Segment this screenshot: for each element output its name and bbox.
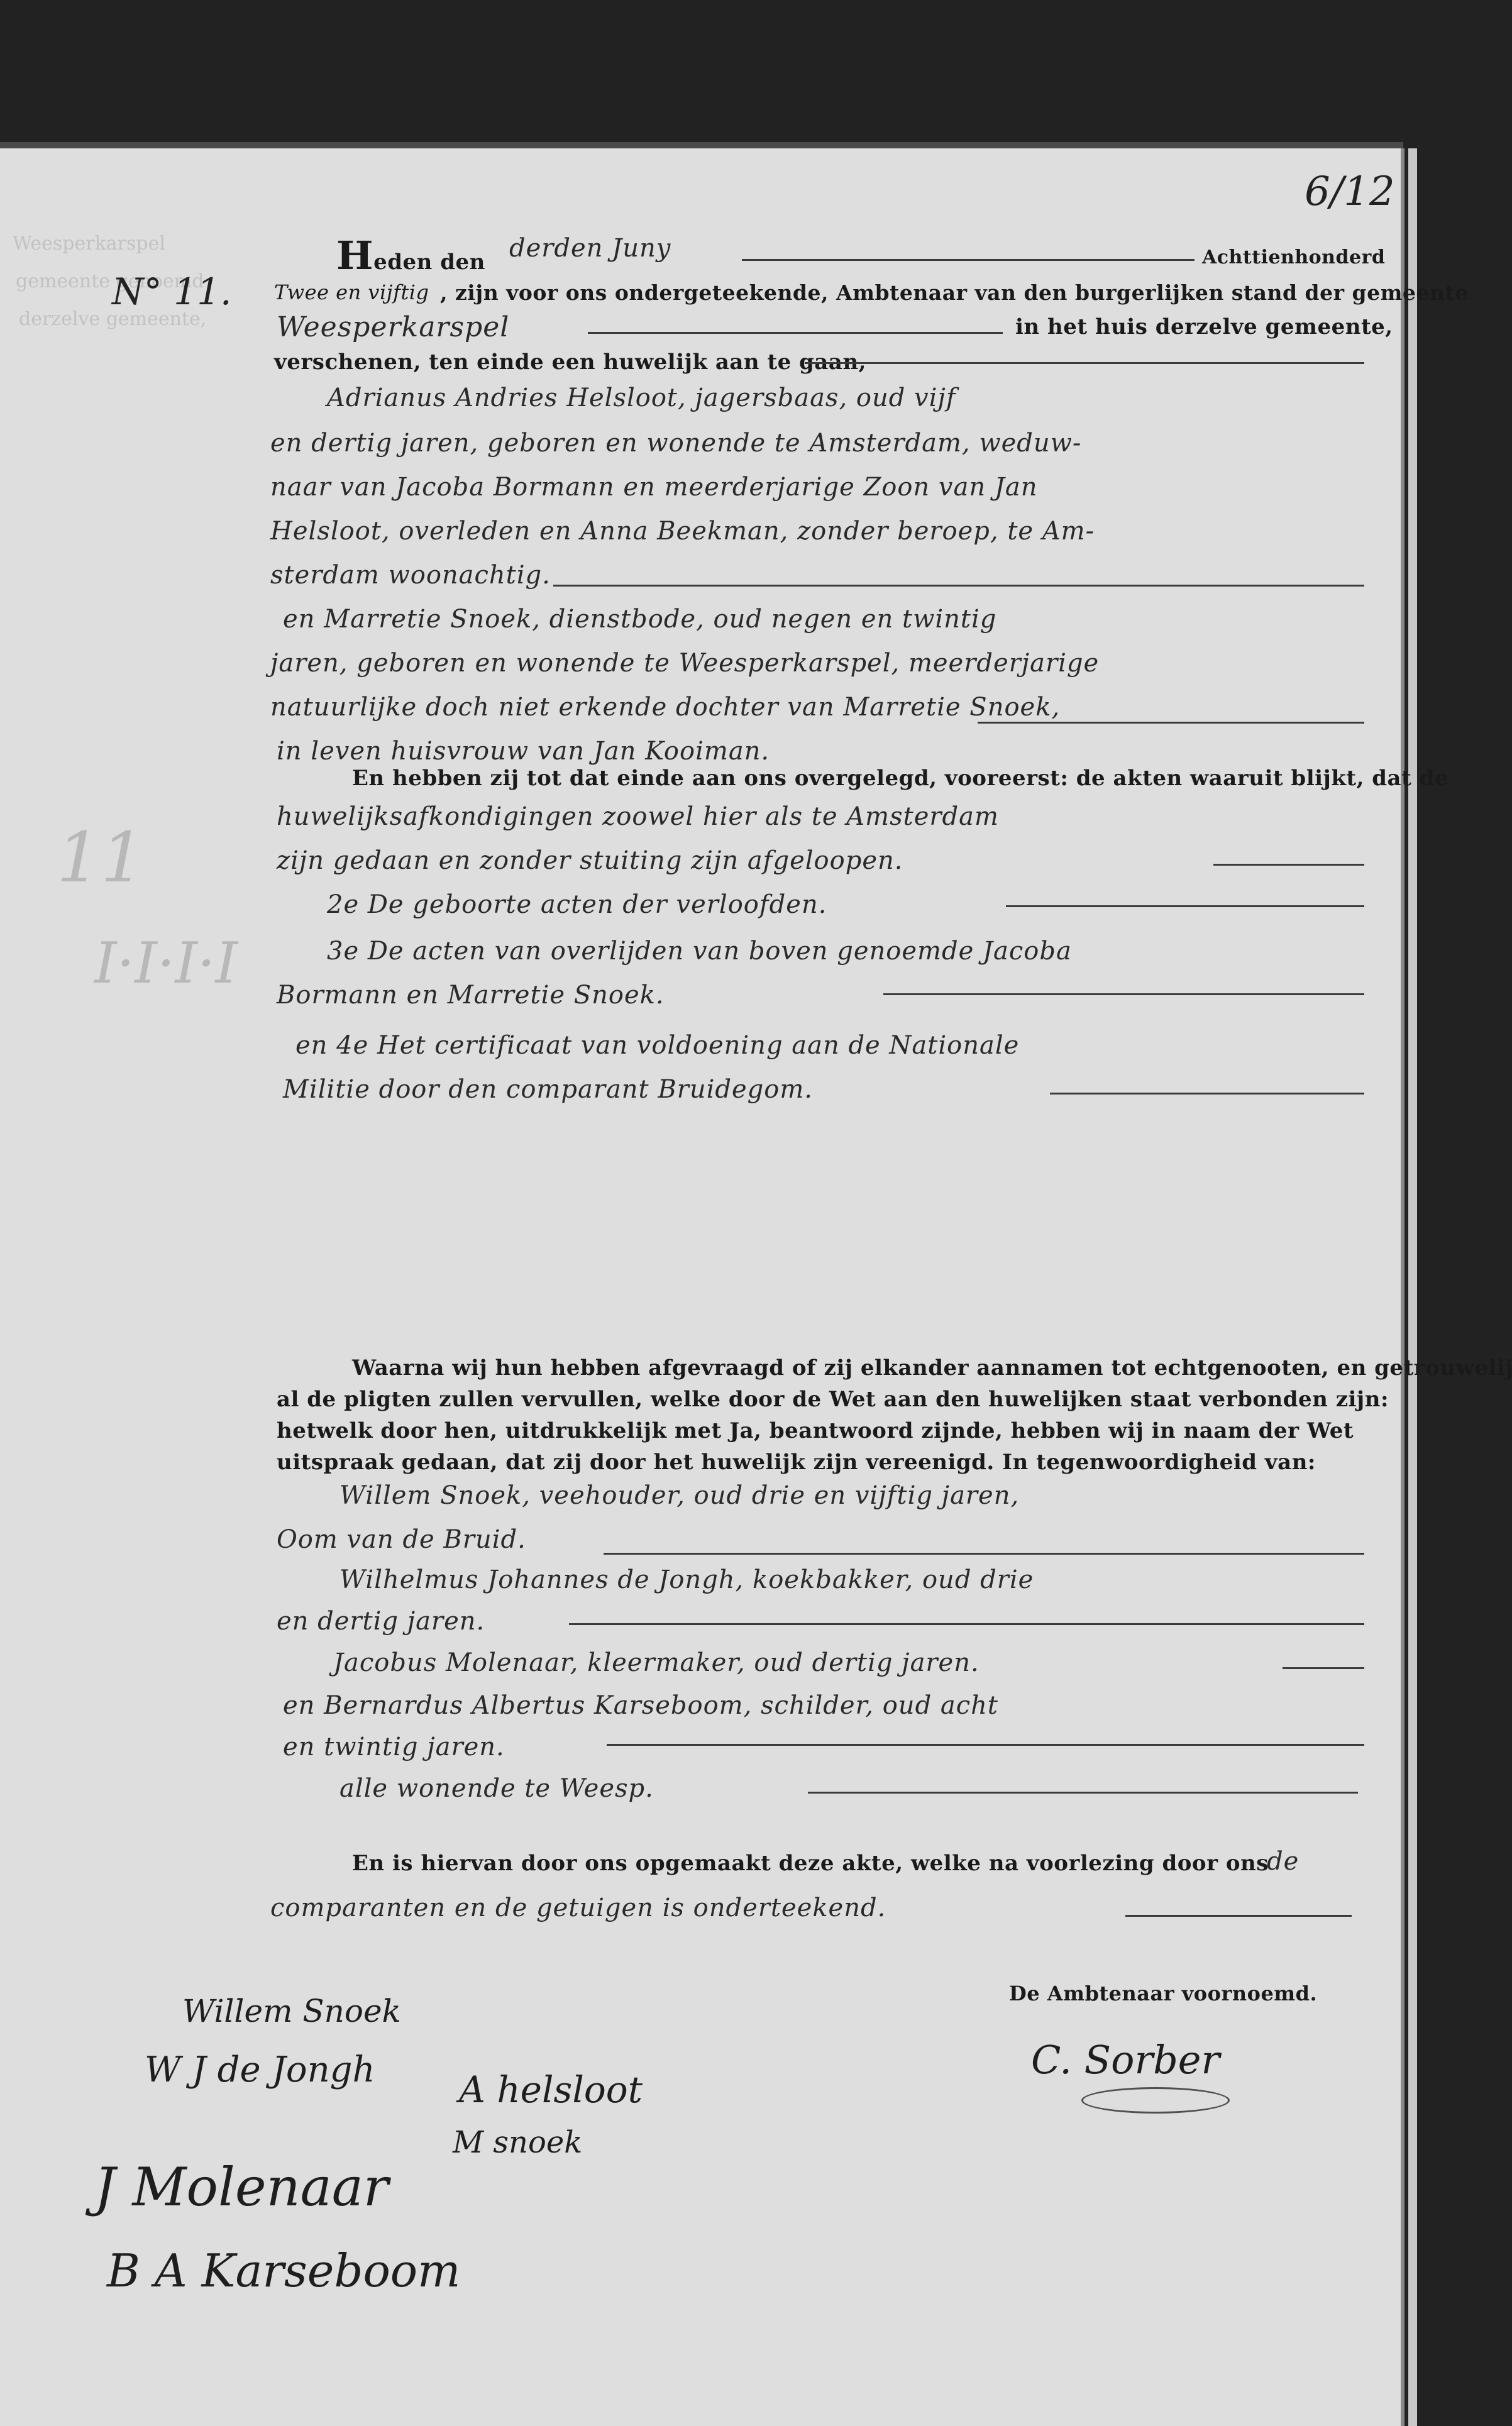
opening-line-4: verschenen, ten einde een huwelijk aan t… <box>274 350 866 375</box>
bride-line: en Marretie Snoek, dienstbode, oud negen… <box>283 605 996 634</box>
achttienhonderd-label: Achttienhonderd <box>1202 246 1385 268</box>
faint-margin-mark: I·I·I·I <box>94 930 238 996</box>
bride-line: natuurlijke doch niet erkende dochter va… <box>270 693 1060 722</box>
signature-witness-2: W J de Jongh <box>145 2049 375 2090</box>
bride-line: in leven huisvrouw van Jan Kooiman. <box>277 737 770 766</box>
witness-line: en Bernardus Albertus Karseboom, schilde… <box>283 1691 998 1720</box>
groom-line: en dertig jaren, geboren en wonende te A… <box>270 429 1081 458</box>
fill-line <box>805 362 1364 364</box>
documents-line: huwelijksafkondigingen zoowel hier als t… <box>277 802 999 831</box>
fill-line <box>553 585 1364 587</box>
ceremony-line: uitspraak gedaan, dat zij door het huwel… <box>277 1450 1316 1475</box>
page-right-edge-strip <box>1408 148 1417 2426</box>
documents-intro: En hebben zij tot dat einde aan ons over… <box>352 766 1449 791</box>
fill-line <box>1283 1667 1364 1669</box>
heden-den-rest: eden den <box>373 250 485 275</box>
closing-hand-line: comparanten en de getuigen is onderteeke… <box>270 1894 886 1922</box>
witness-line: Jacobus Molenaar, kleermaker, oud dertig… <box>333 1648 979 1677</box>
fill-line <box>1213 864 1364 866</box>
witness-line: Oom van de Bruid. <box>277 1525 526 1554</box>
heden-den-label: Heden den <box>336 233 485 278</box>
signature-flourish <box>1081 2087 1230 2114</box>
documents-line: 2e De geboorte acten der verloofden. <box>327 890 827 919</box>
fill-line <box>1050 1093 1364 1094</box>
fill-line <box>808 1792 1358 1794</box>
opening-line-3: in het huis derzelve gemeente, <box>1015 314 1393 339</box>
date-handwritten: derden Juny <box>509 234 671 263</box>
faint-margin-mark: 11 <box>57 817 145 898</box>
witness-line: en twintig jaren. <box>283 1733 505 1762</box>
year-handwritten: Twee en vijftig <box>274 280 429 304</box>
witness-line: Wilhelmus Johannes de Jongh, koekbakker,… <box>339 1565 1034 1594</box>
bride-line: jaren, geboren en wonende te Weesperkars… <box>270 649 1099 678</box>
documents-line: 3e De acten van overlijden van boven gen… <box>327 937 1072 966</box>
fill-line <box>604 1553 1364 1555</box>
fill-line <box>883 993 1364 995</box>
fill-line <box>569 1623 1364 1625</box>
opening-line-2: , zijn voor ons ondergeteekende, Ambtena… <box>440 280 1469 305</box>
initial-letter: H <box>336 233 373 278</box>
ceremony-line: Waarna wij hun hebben afgevraagd of zij … <box>352 1355 1512 1381</box>
official-label: De Ambtenaar voornoemd. <box>1009 1982 1317 2005</box>
ceremony-line: hetwelk door hen, uitdrukkelijk met Ja, … <box>277 1418 1354 1443</box>
signature-bride: M snoek <box>453 2125 582 2160</box>
fill-line <box>607 1744 1364 1746</box>
documents-line: zijn gedaan en zonder stuiting zijn afge… <box>277 846 903 875</box>
municipality-handwritten: Weesperkarspel <box>277 311 509 343</box>
documents-line: en 4e Het certificaat van voldoening aan… <box>295 1031 1019 1060</box>
signature-groom: A helsloot <box>459 2068 643 2111</box>
groom-line: Helsloot, overleden en Anna Beekman, zon… <box>270 517 1095 546</box>
bleed-through-text: Weesperkarspel <box>13 233 165 255</box>
documents-line: Militie door den comparant Bruidegom. <box>283 1075 813 1104</box>
fill-line <box>978 722 1364 724</box>
signature-witness-3: J Molenaar <box>94 2156 389 2218</box>
fill-line <box>1006 905 1364 907</box>
documents-line: Bormann en Marretie Snoek. <box>277 981 665 1010</box>
record-number: N° 11. <box>112 270 231 313</box>
folio-number: 6/12 <box>1305 168 1395 215</box>
groom-line: sterdam woonachtig. <box>270 561 551 590</box>
closing-hand-tail: de <box>1267 1847 1299 1876</box>
signature-witness-4: B A Karseboom <box>107 2244 460 2297</box>
page-right-edge-line <box>1401 148 1404 2426</box>
groom-line: naar van Jacoba Bormann en meerderjarige… <box>270 473 1037 502</box>
signature-witness-1: Willem Snoek <box>182 1993 401 2029</box>
signature-official: C. Sorber <box>1031 2037 1220 2083</box>
closing-print: En is hiervan door ons opgemaakt deze ak… <box>352 1851 1269 1876</box>
fill-line <box>1125 1915 1352 1917</box>
witness-line: alle wonende te Weesp. <box>339 1774 654 1803</box>
witness-line: en dertig jaren. <box>277 1607 485 1636</box>
fill-line <box>742 259 1195 261</box>
ceremony-line: al de pligten zullen vervullen, welke do… <box>277 1387 1389 1412</box>
groom-line: Adrianus Andries Helsloot, jagersbaas, o… <box>327 383 956 412</box>
witness-line: Willem Snoek, veehouder, oud drie en vij… <box>339 1481 1019 1510</box>
fill-line <box>588 332 1003 334</box>
